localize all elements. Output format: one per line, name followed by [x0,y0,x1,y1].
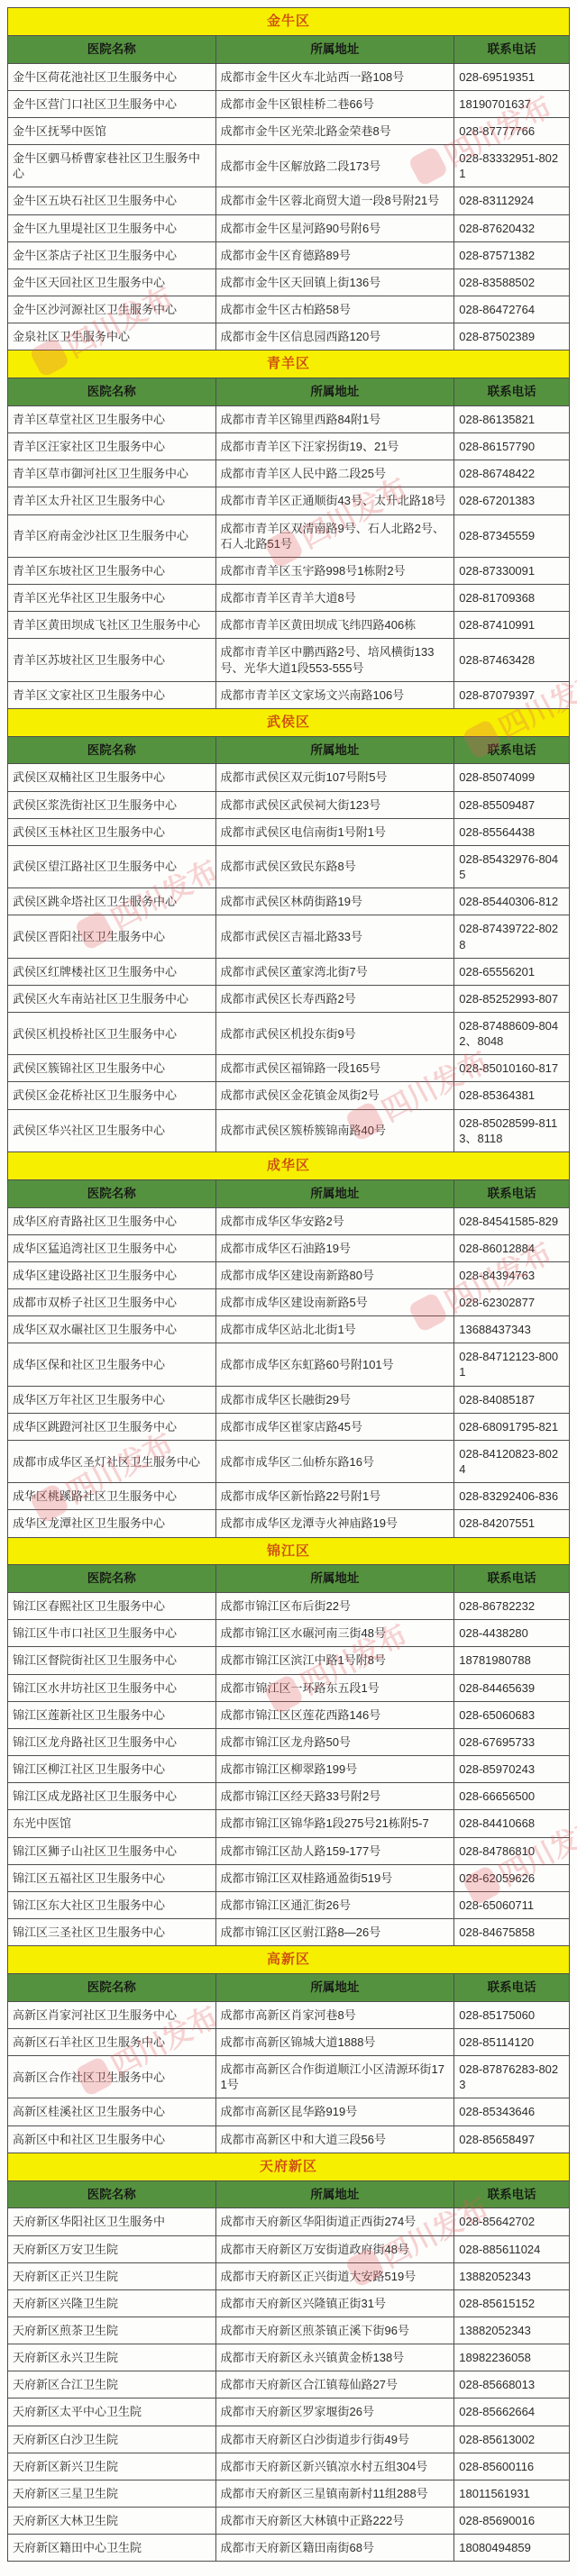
district-header-row: 锦江区 [8,1537,570,1565]
hospital-name-cell: 武侯区华兴社区卫生服务中心 [8,1109,216,1151]
column-header: 医院名称 [8,378,216,406]
table-row: 天府新区正兴卫生院成都市天府新区正兴街道大安路519号13882052343 [8,2262,570,2289]
hospital-name-cell: 天府新区新兴卫生院 [8,2453,216,2480]
address-cell: 成都市高新区合作街道顺江小区清源环街171号 [215,2056,454,2098]
phone-cell: 028-85615152 [454,2289,570,2317]
table-row: 成华区万年社区卫生服务中心成都市成华区长融街29号028-84085187 [8,1386,570,1413]
table-row: 成华区府青路社区卫生服务中心成都市成华区华安路2号028-84541585-82… [8,1207,570,1234]
column-header: 所属地址 [215,2180,454,2208]
phone-cell: 028-84120823-8024 [454,1440,570,1482]
district-title: 武侯区 [8,708,570,736]
district-title: 成华区 [8,1151,570,1179]
address-cell: 成都市成华区石油路19号 [215,1234,454,1261]
table-row: 锦江区狮子山社区卫生服务中心成都市锦江区劼人路159-177号028-84786… [8,1837,570,1864]
table-row: 天府新区籍田中心卫生院成都市天府新区籍田南街68号18080494859 [8,2535,570,2562]
table-row: 天府新区煎茶卫生院成都市天府新区煎茶镇正溪下街96号13882052343 [8,2317,570,2344]
hospital-name-cell: 天府新区籍田中心卫生院 [8,2535,216,2562]
phone-cell: 028-87463428 [454,639,570,681]
address-cell: 成都市武侯区董家湾北街7号 [215,958,454,985]
table-row: 青羊区东坡社区卫生服务中心成都市青羊区玉宇路998号1栋附2号028-87330… [8,557,570,584]
column-header: 所属地址 [215,736,454,764]
column-header: 联系电话 [454,1565,570,1593]
phone-cell: 028-85010160-817 [454,1055,570,1082]
address-cell: 成都市成华区东虹路60号附101号 [215,1343,454,1386]
table-row: 成华区双水碾社区卫生服务中心成都市成华区站北北街1号13688437343 [8,1316,570,1343]
table-row: 武侯区红牌楼社区卫生服务中心成都市武侯区董家湾北街7号028-65556201 [8,958,570,985]
table-row: 青羊区黄田坝成飞社区卫生服务中心成都市青羊区黄田坝成飞纬四路406栋028-87… [8,612,570,639]
table-row: 金牛区九里堤社区卫生服务中心成都市金牛区星河路90号附6号028-8762043… [8,214,570,241]
table-row: 锦江区五福社区卫生服务中心成都市锦江区双桂路通盈街519号028-6205962… [8,1864,570,1891]
table-row: 金牛区沙河源社区卫生服务中心成都市金牛区古柏路58号028-86472764 [8,296,570,323]
hospital-name-cell: 金牛区茶店子社区卫生服务中心 [8,241,216,269]
table-row: 锦江区督院街社区卫生服务中心成都市锦江区滨江中路1号附8号18781980788 [8,1647,570,1674]
hospital-name-cell: 锦江区春熙社区卫生服务中心 [8,1593,216,1620]
phone-cell: 028-65060711 [454,1891,570,1918]
phone-cell: 028-85440306-812 [454,888,570,915]
hospital-name-cell: 武侯区望江路社区卫生服务中心 [8,845,216,887]
address-cell: 成都市成华区华安路2号 [215,1207,454,1234]
phone-cell: 028-68091795-821 [454,1413,570,1440]
table-row: 金牛区抚琴中医馆成都市金牛区光荣北路金荣巷8号028-87777766 [8,117,570,144]
hospital-name-cell: 锦江区水井坊社区卫生服务中心 [8,1674,216,1701]
table-row: 武侯区跳伞塔社区卫生服务中心成都市武侯区林荫街路19号028-85440306-… [8,888,570,915]
phone-cell: 18080494859 [454,2535,570,2562]
table-row: 成华区保和社区卫生服务中心成都市成华区东虹路60号附101号028-847121… [8,1343,570,1386]
address-cell: 成都市锦江区水碾河南三街48号 [215,1620,454,1647]
table-row: 金牛区茶店子社区卫生服务中心成都市金牛区育德路89号028-87571382 [8,241,570,269]
hospital-name-cell: 成华区桃蹊路社区卫生服务中心 [8,1483,216,1510]
table-row: 武侯区火车南站社区卫生服务中心成都市武侯区长寿西路2号028-85252993-… [8,985,570,1012]
phone-cell: 13882052343 [454,2317,570,2344]
hospital-name-cell: 武侯区双楠社区卫生服务中心 [8,764,216,791]
hospital-name-cell: 金泉社区卫生服务中心 [8,323,216,350]
address-cell: 成都市锦江区区莲花西路146号 [215,1701,454,1728]
hospital-name-cell: 锦江区五福社区卫生服务中心 [8,1864,216,1891]
district-header-row: 天府新区 [8,2153,570,2180]
address-cell: 成都市青羊区锦里西路84附1号 [215,405,454,432]
address-cell: 成都市天府新区籍田南街68号 [215,2535,454,2562]
hospital-name-cell: 武侯区红牌楼社区卫生服务中心 [8,958,216,985]
address-cell: 成都市天府新区白沙街道步行街49号 [215,2426,454,2453]
phone-cell: 028-87330091 [454,557,570,584]
hospital-name-cell: 天府新区正兴卫生院 [8,2262,216,2289]
phone-cell: 028-84410668 [454,1810,570,1837]
district-header-row: 成华区 [8,1151,570,1179]
hospital-name-cell: 金牛区驷马桥曹家巷社区卫生服务中心 [8,145,216,187]
address-cell: 成都市武侯区长寿西路2号 [215,985,454,1012]
phone-cell: 028-83588502 [454,269,570,296]
column-header-row: 医院名称所属地址联系电话 [8,1565,570,1593]
table-row: 青羊区草堂社区卫生服务中心成都市青羊区锦里西路84附1号028-86135821 [8,405,570,432]
table-row: 武侯区金花桥社区卫生服务中心成都市武侯区金花镇金凤街2号028-85364381 [8,1082,570,1109]
hospital-name-cell: 锦江区龙舟路社区卫生服务中心 [8,1728,216,1755]
address-cell: 成都市青羊区玉宇路998号1栋附2号 [215,557,454,584]
phone-cell: 028-85613002 [454,2426,570,2453]
phone-cell: 18011561931 [454,2480,570,2507]
column-header: 医院名称 [8,1974,216,2002]
phone-cell: 028-86748422 [454,460,570,487]
table-row: 锦江区水井坊社区卫生服务中心成都市锦江区一环路东五段1号028-84465639 [8,1674,570,1701]
phone-cell: 028-87571382 [454,241,570,269]
hospital-name-cell: 锦江区东大社区卫生服务中心 [8,1891,216,1918]
address-cell: 成都市青羊区下汪家拐街19、21号 [215,433,454,460]
phone-cell: 028-85690016 [454,2508,570,2535]
phone-cell: 028-85028599-8113、8118 [454,1109,570,1151]
address-cell: 成都市天府新区合江镇莓仙路27号 [215,2371,454,2399]
phone-cell: 028-85642702 [454,2208,570,2235]
address-cell: 成都市高新区锦城大道1888号 [215,2028,454,2055]
phone-cell: 028-85252993-807 [454,985,570,1012]
phone-cell: 18190701637 [454,90,570,117]
address-cell: 成都市武侯区金花镇金凤街2号 [215,1082,454,1109]
address-cell: 成都市锦江区区驸江路8—26号 [215,1919,454,1946]
table-row: 天府新区白沙卫生院成都市天府新区白沙街道步行街49号028-85613002 [8,2426,570,2453]
table-row: 武侯区玉林社区卫生服务中心成都市武侯区电信南街1号附1号028-85564438 [8,818,570,845]
address-cell: 成都市青羊区人民中路二段25号 [215,460,454,487]
hospital-name-cell: 武侯区晋阳社区卫生服务中心 [8,915,216,958]
hospital-name-cell: 成华区跳蹬河社区卫生服务中心 [8,1413,216,1440]
hospital-name-cell: 武侯区跳伞塔社区卫生服务中心 [8,888,216,915]
column-header: 所属地址 [215,1179,454,1207]
column-header: 所属地址 [215,1565,454,1593]
table-row: 天府新区永兴卫生院成都市天府新区永兴镇黄金桥138号18982236058 [8,2344,570,2371]
table-row: 金牛区驷马桥曹家巷社区卫生服务中心成都市金牛区解放路二段173号028-8333… [8,145,570,187]
column-header: 联系电话 [454,736,570,764]
phone-cell: 028-84465639 [454,1674,570,1701]
hospital-name-cell: 武侯区火车南站社区卫生服务中心 [8,985,216,1012]
column-header: 医院名称 [8,2180,216,2208]
table-row: 武侯区簇锦社区卫生服务中心成都市武侯区福锦路一段165号028-85010160… [8,1055,570,1082]
table-row: 金牛区天回社区卫生服务中心成都市金牛区天回镇上街136号028-83588502 [8,269,570,296]
hospital-name-cell: 成华区猛追湾社区卫生服务中心 [8,1234,216,1261]
phone-cell: 028-81709368 [454,585,570,612]
column-header: 医院名称 [8,1179,216,1207]
hospital-name-cell: 锦江区三圣社区卫生服务中心 [8,1919,216,1946]
table-row: 青羊区府南金沙社区卫生服务中心成都市青羊区双清南路9号、石人北路2号、石人北路5… [8,514,570,557]
phone-cell: 028-85970243 [454,1756,570,1783]
table-row: 青羊区太升社区卫生服务中心成都市青羊区正通顺街43号、太升北路18号028-67… [8,487,570,514]
phone-cell: 028-85600116 [454,2453,570,2480]
health-centers-table: 金牛区医院名称所属地址联系电话金牛区荷花池社区卫生服务中心成都市金牛区火车北站西… [7,7,570,2562]
address-cell: 成都市金牛区星河路90号附6号 [215,214,454,241]
address-cell: 成都市天府新区正兴街道大安路519号 [215,2262,454,2289]
table-row: 青羊区汪家社区卫生服务中心成都市青羊区下汪家拐街19、21号028-861577… [8,433,570,460]
phone-cell: 028-87345559 [454,514,570,557]
table-row: 高新区肖家河社区卫生服务中心成都市高新区肖家河巷8号028-85175060 [8,2001,570,2028]
district-title: 青羊区 [8,350,570,378]
phone-cell: 028-86135821 [454,405,570,432]
phone-cell: 028-83112924 [454,187,570,214]
phone-cell: 028-67695733 [454,1728,570,1755]
hospital-name-cell: 金牛区抚琴中医馆 [8,117,216,144]
phone-cell: 028-87876283-8023 [454,2056,570,2098]
table-row: 金牛区营门口社区卫生服务中心成都市金牛区银桂桥二巷66号18190701637 [8,90,570,117]
phone-cell: 028-85509487 [454,791,570,818]
phone-cell: 028-85564438 [454,818,570,845]
address-cell: 成都市金牛区育德路89号 [215,241,454,269]
hospital-name-cell: 天府新区永兴卫生院 [8,2344,216,2371]
district-header-row: 武侯区 [8,708,570,736]
table-row: 成华区建设路社区卫生服务中心成都市成华区建设南新路80号028-84394763 [8,1261,570,1288]
phone-cell: 028-65060683 [454,1701,570,1728]
hospital-name-cell: 高新区合作社区卫生服务中心 [8,2056,216,2098]
phone-cell: 028-84085187 [454,1386,570,1413]
table-row: 成华区跳蹬河社区卫生服务中心成都市成华区崔家店路45号028-68091795-… [8,1413,570,1440]
hospital-name-cell: 青羊区苏坡社区卫生服务中心 [8,639,216,681]
hospital-name-cell: 高新区桂溪社区卫生服务中心 [8,2098,216,2125]
address-cell: 成都市锦江区龙舟路50号 [215,1728,454,1755]
address-cell: 成都市锦江区经天路33号附2号 [215,1783,454,1810]
address-cell: 成都市天府新区华阳街道正西街274号 [215,2208,454,2235]
hospital-name-cell: 锦江区成龙路社区卫生服务中心 [8,1783,216,1810]
hospital-name-cell: 青羊区汪家社区卫生服务中心 [8,433,216,460]
table-row: 锦江区三圣社区卫生服务中心成都市锦江区区驸江路8—26号028-84675858 [8,1919,570,1946]
address-cell: 成都市锦江区一环路东五段1号 [215,1674,454,1701]
phone-cell: 028-87488609-8042、8048 [454,1012,570,1054]
table-row: 高新区合作社区卫生服务中心成都市高新区合作街道顺江小区清源环街171号028-8… [8,2056,570,2098]
column-header-row: 医院名称所属地址联系电话 [8,2180,570,2208]
phone-cell: 028-86782232 [454,1593,570,1620]
hospital-name-cell: 武侯区金花桥社区卫生服务中心 [8,1082,216,1109]
table-row: 成华区龙潭社区卫生服务中心成都市成华区龙潭寺火神庙路19号028-8420755… [8,1510,570,1537]
hospital-name-cell: 锦江区柳江社区卫生服务中心 [8,1756,216,1783]
phone-cell: 028-4438280 [454,1620,570,1647]
hospital-name-cell: 天府新区兴隆卫生院 [8,2289,216,2317]
table-row: 锦江区莲新社区卫生服务中心成都市锦江区区莲花西路146号028-65060683 [8,1701,570,1728]
address-cell: 成都市青羊区双清南路9号、石人北路2号、石人北路51号 [215,514,454,557]
phone-cell: 028-85668013 [454,2371,570,2399]
address-cell: 成都市天府新区兴隆镇正街31号 [215,2289,454,2317]
address-cell: 成都市金牛区解放路二段173号 [215,145,454,187]
address-cell: 成都市锦江区双桂路通盈街519号 [215,1864,454,1891]
table-row: 青羊区文家社区卫生服务中心成都市青羊区文家场文兴南路106号028-870793… [8,681,570,708]
phone-cell: 028-66656500 [454,1783,570,1810]
health-centers-page: 金牛区医院名称所属地址联系电话金牛区荷花池社区卫生服务中心成都市金牛区火车北站西… [0,0,577,2576]
table-row: 武侯区双楠社区卫生服务中心成都市武侯区双元街107号附5号028-8507409… [8,764,570,791]
table-row: 青羊区苏坡社区卫生服务中心成都市青羊区中鹏西路2号、培风横街133号、光华大道1… [8,639,570,681]
column-header: 所属地址 [215,378,454,406]
address-cell: 成都市武侯区林荫街路19号 [215,888,454,915]
table-row: 武侯区晋阳社区卫生服务中心成都市武侯区吉福北路33号028-87439722-8… [8,915,570,958]
column-header: 联系电话 [454,1179,570,1207]
address-cell: 成都市天府新区万安街道政府街48号 [215,2235,454,2262]
address-cell: 成都市天府新区永兴镇黄金桥138号 [215,2344,454,2371]
address-cell: 成都市成华区二仙桥东路16号 [215,1440,454,1482]
address-cell: 成都市青羊区青羊大道8号 [215,585,454,612]
table-row: 成华区桃蹊路社区卫生服务中心成都市成华区新怡路22号附1号028-8329240… [8,1483,570,1510]
hospital-name-cell: 天府新区合江卫生院 [8,2371,216,2399]
hospital-name-cell: 天府新区太平中心卫生院 [8,2399,216,2426]
hospital-name-cell: 武侯区浆洗街社区卫生服务中心 [8,791,216,818]
phone-cell: 028-62302877 [454,1289,570,1316]
address-cell: 成都市高新区昆华路919号 [215,2098,454,2125]
hospital-name-cell: 天府新区大林卫生院 [8,2508,216,2535]
address-cell: 成都市武侯区武侯祠大街123号 [215,791,454,818]
hospital-name-cell: 锦江区牛市口社区卫生服务中心 [8,1620,216,1647]
address-cell: 成都市成华区站北北街1号 [215,1316,454,1343]
hospital-name-cell: 东光中医馆 [8,1810,216,1837]
phone-cell: 028-83332951-8021 [454,145,570,187]
column-header: 联系电话 [454,1974,570,2002]
column-header: 医院名称 [8,736,216,764]
column-header: 医院名称 [8,1565,216,1593]
table-row: 锦江区柳江社区卫生服务中心成都市锦江区柳翠路199号028-85970243 [8,1756,570,1783]
address-cell: 成都市天府新区罗家堰街26号 [215,2399,454,2426]
address-cell: 成都市天府新区煎茶镇正溪下街96号 [215,2317,454,2344]
address-cell: 成都市成华区龙潭寺火神庙路19号 [215,1510,454,1537]
hospital-name-cell: 成都市成华区圣灯社区卫生服务中心 [8,1440,216,1482]
column-header-row: 医院名称所属地址联系电话 [8,378,570,406]
hospital-name-cell: 天府新区三星卫生院 [8,2480,216,2507]
hospital-name-cell: 青羊区府南金沙社区卫生服务中心 [8,514,216,557]
address-cell: 成都市锦江区锦华路1段275号21栋附5-7 [215,1810,454,1837]
hospital-name-cell: 武侯区玉林社区卫生服务中心 [8,818,216,845]
table-row: 成都市双桥子社区卫生服务中心成都市成华区建设南新路5号028-62302877 [8,1289,570,1316]
hospital-name-cell: 武侯区簇锦社区卫生服务中心 [8,1055,216,1082]
hospital-name-cell: 成华区建设路社区卫生服务中心 [8,1261,216,1288]
phone-cell: 028-84541585-829 [454,1207,570,1234]
column-header-row: 医院名称所属地址联系电话 [8,736,570,764]
column-header: 联系电话 [454,2180,570,2208]
hospital-name-cell: 锦江区督院街社区卫生服务中心 [8,1647,216,1674]
hospital-name-cell: 金牛区沙河源社区卫生服务中心 [8,296,216,323]
phone-cell: 028-85175060 [454,2001,570,2028]
table-row: 天府新区万安卫生院成都市天府新区万安街道政府街48号028-885611024 [8,2235,570,2262]
hospital-name-cell: 青羊区太升社区卫生服务中心 [8,487,216,514]
phone-cell: 028-87620432 [454,214,570,241]
phone-cell: 028-86157790 [454,433,570,460]
hospital-name-cell: 金牛区五块石社区卫生服务中心 [8,187,216,214]
district-title: 金牛区 [8,8,570,36]
table-row: 天府新区华阳社区卫生服务中成都市天府新区华阳街道正西街274号028-85642… [8,2208,570,2235]
address-cell: 成都市武侯区吉福北路33号 [215,915,454,958]
hospital-name-cell: 锦江区狮子山社区卫生服务中心 [8,1837,216,1864]
hospital-name-cell: 金牛区九里堤社区卫生服务中心 [8,214,216,241]
address-cell: 成都市青羊区文家场文兴南路106号 [215,681,454,708]
hospital-name-cell: 天府新区煎茶卫生院 [8,2317,216,2344]
table-row: 金牛区荷花池社区卫生服务中心成都市金牛区火车北站西一路108号028-69519… [8,63,570,90]
address-cell: 成都市天府新区三星镇南新村11组288号 [215,2480,454,2507]
hospital-name-cell: 青羊区黄田坝成飞社区卫生服务中心 [8,612,216,639]
hospital-name-cell: 成华区双水碾社区卫生服务中心 [8,1316,216,1343]
phone-cell: 028-85114120 [454,2028,570,2055]
address-cell: 成都市金牛区银桂桥二巷66号 [215,90,454,117]
address-cell: 成都市武侯区电信南街1号附1号 [215,818,454,845]
address-cell: 成都市锦江区劼人路159-177号 [215,1837,454,1864]
address-cell: 成都市武侯区簇桥簇锦南路40号 [215,1109,454,1151]
hospital-name-cell: 青羊区草堂社区卫生服务中心 [8,405,216,432]
table-row: 成华区猛追湾社区卫生服务中心成都市成华区石油路19号028-86012884 [8,1234,570,1261]
phone-cell: 028-85364381 [454,1082,570,1109]
phone-cell: 028-84207551 [454,1510,570,1537]
address-cell: 成都市金牛区蓉北商贸大道一段8号附21号 [215,187,454,214]
table-row: 武侯区望江路社区卫生服务中心成都市武侯区致民东路8号028-85432976-8… [8,845,570,887]
hospital-name-cell: 天府新区华阳社区卫生服务中 [8,2208,216,2235]
phone-cell: 028-69519351 [454,63,570,90]
table-row: 成都市成华区圣灯社区卫生服务中心成都市成华区二仙桥东路16号028-841208… [8,1440,570,1482]
hospital-name-cell: 高新区肖家河社区卫生服务中心 [8,2001,216,2028]
phone-cell: 028-84394763 [454,1261,570,1288]
column-header: 联系电话 [454,35,570,63]
hospital-name-cell: 天府新区白沙卫生院 [8,2426,216,2453]
address-cell: 成都市天府新区新兴镇凉水村五组304号 [215,2453,454,2480]
address-cell: 成都市高新区肖家河巷8号 [215,2001,454,2028]
hospital-name-cell: 青羊区光华社区卫生服务中心 [8,585,216,612]
address-cell: 成都市青羊区黄田坝成飞纬四路406栋 [215,612,454,639]
column-header: 医院名称 [8,35,216,63]
table-row: 东光中医馆成都市锦江区锦华路1段275号21栋附5-7028-84410668 [8,1810,570,1837]
table-row: 锦江区龙舟路社区卫生服务中心成都市锦江区龙舟路50号028-67695733 [8,1728,570,1755]
table-row: 武侯区机投桥社区卫生服务中心成都市武侯区机投东街9号028-87488609-8… [8,1012,570,1054]
table-row: 天府新区三星卫生院成都市天府新区三星镇南新村11组288号18011561931 [8,2480,570,2507]
phone-cell: 028-87777766 [454,117,570,144]
table-row: 天府新区合江卫生院成都市天府新区合江镇莓仙路27号028-85668013 [8,2371,570,2399]
address-cell: 成都市金牛区火车北站西一路108号 [215,63,454,90]
address-cell: 成都市成华区长融街29号 [215,1386,454,1413]
table-row: 高新区石羊社区卫生服务中心成都市高新区锦城大道1888号028-85114120 [8,2028,570,2055]
hospital-name-cell: 金牛区荷花池社区卫生服务中心 [8,63,216,90]
table-row: 天府新区太平中心卫生院成都市天府新区罗家堰街26号028-85662664 [8,2399,570,2426]
phone-cell: 028-67201383 [454,487,570,514]
district-header-row: 青羊区 [8,350,570,378]
phone-cell: 028-885611024 [454,2235,570,2262]
hospital-name-cell: 高新区中和社区卫生服务中心 [8,2125,216,2153]
table-row: 锦江区牛市口社区卫生服务中心成都市锦江区水碾河南三街48号028-4438280 [8,1620,570,1647]
address-cell: 成都市锦江区滨江中路1号附8号 [215,1647,454,1674]
hospital-name-cell: 青羊区草市御河社区卫生服务中心 [8,460,216,487]
district-header-row: 高新区 [8,1946,570,1974]
district-title: 锦江区 [8,1537,570,1565]
address-cell: 成都市武侯区致民东路8号 [215,845,454,887]
table-row: 天府新区新兴卫生院成都市天府新区新兴镇凉水村五组304号028-85600116 [8,2453,570,2480]
table-row: 天府新区大林卫生院成都市天府新区大林镇中正路222号028-85690016 [8,2508,570,2535]
district-title: 天府新区 [8,2153,570,2180]
phone-cell: 028-85432976-8045 [454,845,570,887]
address-cell: 成都市武侯区机投东街9号 [215,1012,454,1054]
hospital-name-cell: 成都市双桥子社区卫生服务中心 [8,1289,216,1316]
table-row: 锦江区成龙路社区卫生服务中心成都市锦江区经天路33号附2号028-6665650… [8,1783,570,1810]
address-cell: 成都市青羊区中鹏西路2号、培风横街133号、光华大道1段553-555号 [215,639,454,681]
phone-cell: 028-62059626 [454,1864,570,1891]
table-row: 锦江区春熙社区卫生服务中心成都市锦江区布后街22号028-86782232 [8,1593,570,1620]
table-row: 天府新区兴隆卫生院成都市天府新区兴隆镇正街31号028-85615152 [8,2289,570,2317]
address-cell: 成都市武侯区双元街107号附5号 [215,764,454,791]
hospital-name-cell: 成华区保和社区卫生服务中心 [8,1343,216,1386]
address-cell: 成都市金牛区古柏路58号 [215,296,454,323]
table-row: 高新区中和社区卫生服务中心成都市高新区中和大道三段56号028-85658497 [8,2125,570,2153]
address-cell: 成都市天府新区大林镇中正路222号 [215,2508,454,2535]
hospital-name-cell: 成华区万年社区卫生服务中心 [8,1386,216,1413]
table-row: 武侯区华兴社区卫生服务中心成都市武侯区簇桥簇锦南路40号028-85028599… [8,1109,570,1151]
phone-cell: 18982236058 [454,2344,570,2371]
column-header-row: 医院名称所属地址联系电话 [8,35,570,63]
address-cell: 成都市金牛区光荣北路金荣巷8号 [215,117,454,144]
phone-cell: 028-86472764 [454,296,570,323]
phone-cell: 028-85343646 [454,2098,570,2125]
hospital-name-cell: 锦江区莲新社区卫生服务中心 [8,1701,216,1728]
phone-cell: 13882052343 [454,2262,570,2289]
phone-cell: 028-85658497 [454,2125,570,2153]
phone-cell: 028-87410991 [454,612,570,639]
address-cell: 成都市成华区建设南新路5号 [215,1289,454,1316]
district-header-row: 金牛区 [8,8,570,36]
table-row: 金牛区五块石社区卫生服务中心成都市金牛区蓉北商贸大道一段8号附21号028-83… [8,187,570,214]
phone-cell: 028-85074099 [454,764,570,791]
phone-cell: 028-87502389 [454,323,570,350]
column-header-row: 医院名称所属地址联系电话 [8,1179,570,1207]
hospital-name-cell: 武侯区机投桥社区卫生服务中心 [8,1012,216,1054]
phone-cell: 028-87079397 [454,681,570,708]
